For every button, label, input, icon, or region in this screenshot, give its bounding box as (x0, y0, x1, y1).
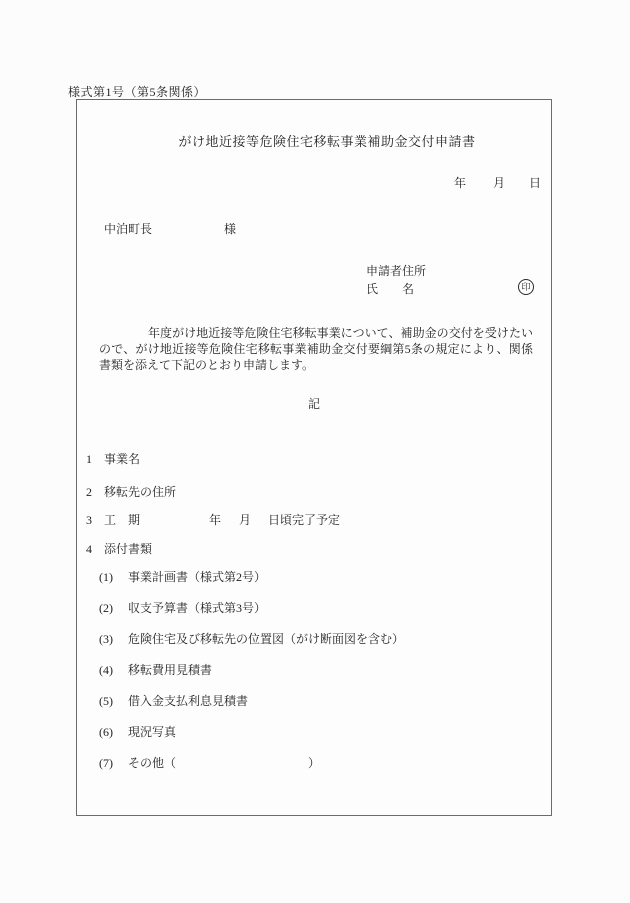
form-border-box: がけ地近接等危険住宅移転事業補助金交付申請書 年 月 日 中泊町長 様 申請者住… (76, 99, 552, 816)
addressee-honorific: 様 (224, 220, 236, 237)
attachment-item: (4)移転費用見積書 (99, 661, 544, 677)
item-label: 事業名 (104, 452, 140, 466)
item-number: 2 (86, 485, 104, 500)
attachment-number: (7) (99, 756, 128, 771)
attachment-label: 事業計画書（様式第2号） (128, 570, 266, 584)
attachment-item: (1)事業計画書（様式第2号） (99, 568, 544, 584)
applicant-block: 申請者住所 氏 名 (366, 262, 426, 298)
item-relocation-address: 2移転先の住所 (86, 483, 544, 499)
attachment-item: (5)借入金支払利息見積書 (99, 692, 544, 708)
body-paragraph: 年度がけ地近接等危険住宅移転事業について、補助金の交付を受けたいので、がけ地近接… (99, 325, 533, 374)
attachment-number: (3) (99, 632, 128, 647)
attachment-label: 収支予算書（様式第3号） (128, 601, 266, 615)
attachment-number: (5) (99, 694, 128, 709)
seal-mark: 印 (518, 279, 534, 295)
item-number: 4 (86, 542, 104, 557)
form-number-label: 様式第1号（第5条関係） (68, 83, 206, 100)
item-label: 工 期 (104, 513, 140, 527)
item-number: 1 (86, 452, 104, 467)
addressee-name: 中泊町長 (104, 220, 152, 237)
attachment-number: (1) (99, 570, 128, 585)
document-title: がけ地近接等危険住宅移転事業補助金交付申請書 (77, 131, 551, 150)
date-day-label: 日 (529, 174, 541, 191)
attachment-label: 危険住宅及び移転先の位置図（がけ断面図を含む） (128, 632, 404, 646)
attachment-number: (2) (99, 601, 128, 616)
applicant-address-label: 申請者住所 (366, 262, 426, 280)
attachment-number: (6) (99, 725, 128, 740)
record-heading: 記 (77, 395, 551, 412)
document-page: 様式第1号（第5条関係） がけ地近接等危険住宅移転事業補助金交付申請書 年 月 … (0, 0, 630, 903)
attachment-item: (2)収支予算書（様式第3号） (99, 599, 544, 615)
item-label: 添付書類 (104, 542, 152, 556)
period-month-label: 月 (239, 511, 251, 528)
attachment-number: (4) (99, 663, 128, 678)
attachment-item: (6)現況写真 (99, 723, 544, 739)
item-project-name: 1事業名 (86, 450, 544, 466)
applicant-name-label: 氏 名 (366, 280, 426, 298)
attachment-label: その他（ ） (128, 756, 320, 770)
date-year-label: 年 (454, 174, 466, 191)
item-label: 移転先の住所 (104, 485, 176, 499)
attachment-label: 移転費用見積書 (128, 663, 212, 677)
item-construction-period: 3工 期 年 月 日頃完了予定 (86, 511, 544, 527)
date-month-label: 月 (493, 174, 505, 191)
attachment-item: (3)危険住宅及び移転先の位置図（がけ断面図を含む） (99, 630, 544, 646)
item-number: 3 (86, 513, 104, 528)
attachment-label: 現況写真 (128, 725, 176, 739)
attachment-label: 借入金支払利息見積書 (128, 694, 248, 708)
attachment-item: (7)その他（ ） (99, 754, 544, 770)
period-year-label: 年 (209, 511, 221, 528)
item-attached-documents: 4添付書類 (86, 540, 544, 556)
period-completion-label: 日頃完了予定 (268, 511, 340, 528)
